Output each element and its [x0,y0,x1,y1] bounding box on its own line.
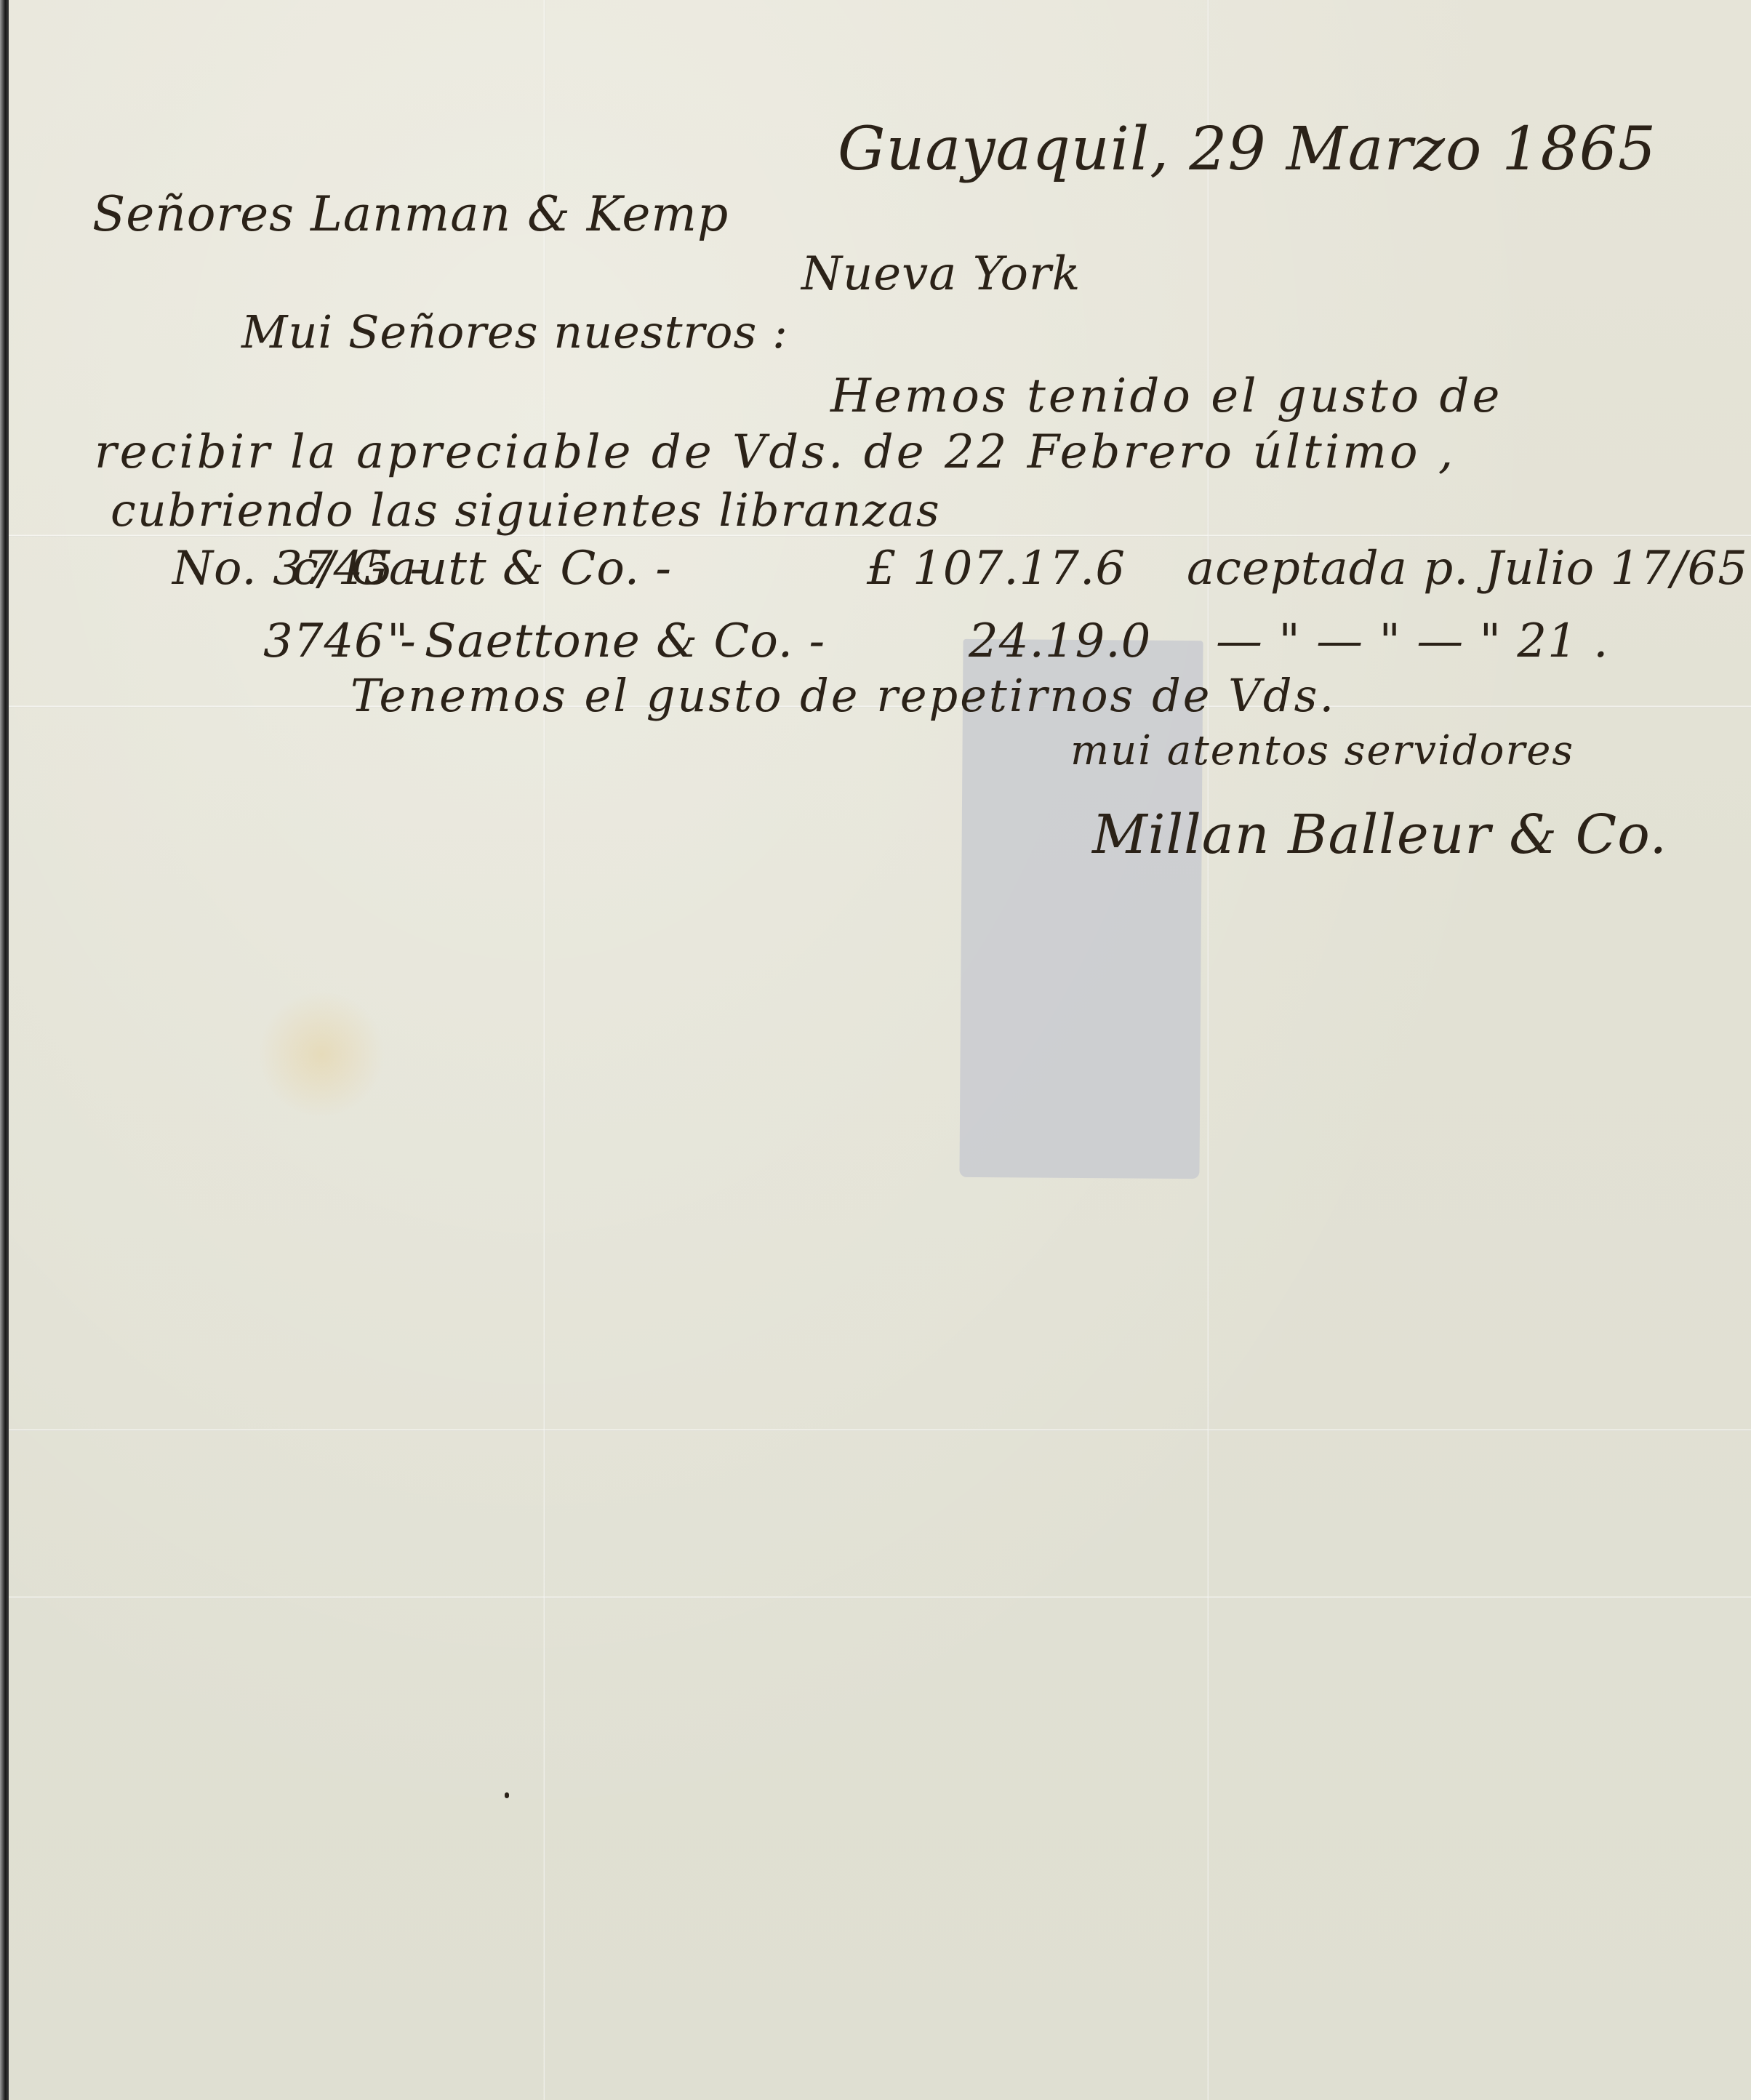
place-date: Guayaquil, 29 Marzo 1865 [838,115,1656,184]
fold-crease [9,1596,1751,1598]
recipient-name: Señores Lanman & Kemp [92,186,729,242]
closing-line: Tenemos el gusto de repetirnos de Vds. [350,669,1336,722]
draft-row: No. 3745 - c/ Gautt & Co. - £ 107.17.6 a… [9,542,1751,607]
draft-payee: c/ Gautt & Co. - [292,542,672,596]
draft-payee: " Saettone & Co. - [387,614,825,668]
body-line: recibir la apreciable de Vds. de 22 Febr… [95,425,1456,479]
fold-crease [9,1429,1751,1431]
recipient-city: Nueva York [801,247,1081,301]
closing-line: mui atentos servidores [1070,727,1574,774]
scan-edge [0,0,9,2100]
body-line: cubriendo las siguientes libranzas [111,484,941,537]
draft-status: aceptada p. Julio 17/65 [1187,542,1748,596]
salutation: Mui Señores nuestros : [241,305,788,358]
draft-amount: 24.19.0 [969,614,1151,668]
paper-stain [256,993,387,1116]
ink-speck [505,1792,509,1798]
body-line: Hemos tenido el gusto de [830,369,1502,423]
draft-amount: £ 107.17.6 [867,542,1126,596]
fold-crease [1207,0,1209,2100]
draft-status: — " — " — " 21 . [1216,614,1609,668]
signature: Millan Balleur & Co. [1092,803,1667,866]
letter-sheet: Guayaquil, 29 Marzo 1865 Señores Lanman … [9,0,1751,2100]
